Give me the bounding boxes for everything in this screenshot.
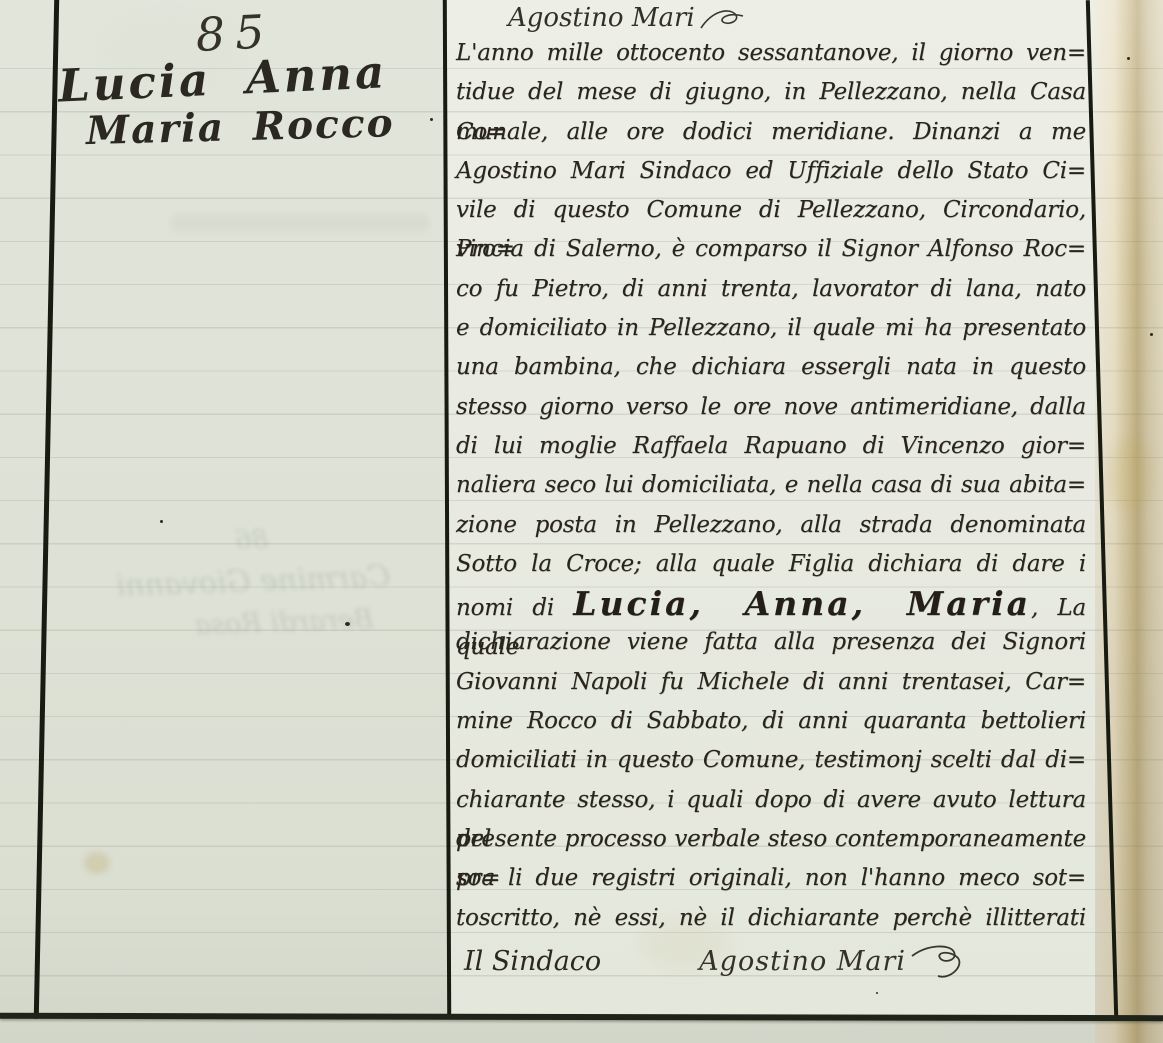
act-line: L'anno mille ottocento sessantanove, il … <box>456 34 1086 73</box>
register-page-scan: 85 Lucia Anna Maria Rocco 86 Carmine Gio… <box>0 0 1163 1043</box>
paper-speck <box>1127 57 1130 60</box>
act-line: zione posta in Pellezzano, alla strada d… <box>456 506 1086 545</box>
act-line: vile di questo Comune di Pellezzano, Cir… <box>456 191 1086 230</box>
act-line-names: nomi di Lucia, Anna, Maria, La quale <box>456 584 1086 623</box>
act-line: di lui moglie Raffaela Rapuano di Vincen… <box>456 427 1086 466</box>
signature-flourish-icon <box>699 8 745 34</box>
bleedthrough-text: 86 Carmine Giovanni Berardi Rosa <box>76 514 430 650</box>
act-line: chiarante stesso, i quali dopo di avere … <box>456 781 1086 820</box>
mayor-title: Il Sindaco <box>464 946 601 977</box>
closing-signature-row: Il Sindaco Agostino Mari <box>456 940 1086 984</box>
act-line: tidue del mese di giugno, in Pellezzano,… <box>456 73 1086 112</box>
act-line: mine Rocco di Sabbato, di anni quaranta … <box>456 702 1086 741</box>
act-line: Sotto la Croce; alla quale Figlia dichia… <box>456 545 1086 584</box>
act-text-column: Agostino Mari L'anno mille ottocento ses… <box>456 0 1086 984</box>
paper-speck <box>876 992 878 994</box>
act-line: dichiarazione viene fatta alla presenza … <box>456 623 1086 662</box>
child-given-names: Lucia, Anna, Maria <box>573 584 1031 623</box>
act-line: domiciliati in questo Comune, testimonj … <box>456 741 1086 780</box>
act-line: una bambina, che dichiara essergli nata … <box>456 348 1086 387</box>
act-line: co fu Pietro, di anni trenta, lavorator … <box>456 270 1086 309</box>
previous-act-signature: Agostino Mari <box>456 0 1086 34</box>
paper-speck <box>160 520 163 523</box>
bleedthrough-smudge <box>170 214 430 232</box>
act-line: presente processo verbale steso contempo… <box>456 820 1086 859</box>
act-line: stesso giorno verso le ore nove antimeri… <box>456 388 1086 427</box>
signature-flourish-icon <box>910 942 964 982</box>
bottom-frame-rule <box>0 1013 1163 1021</box>
act-line: naliera seco lui domiciliata, e nella ca… <box>456 466 1086 505</box>
act-line: pra li due registri originali, non l'han… <box>456 859 1086 898</box>
header-signature-text: Agostino Mari <box>508 3 695 33</box>
paper-speck <box>430 118 433 121</box>
act-line: vincia di Salerno, è comparso il Signor … <box>456 230 1086 269</box>
mayor-signature: Agostino Mari <box>699 946 906 977</box>
paper-speck <box>1150 333 1153 336</box>
act-line: munale, alle ore dodici meridiane. Dinan… <box>456 113 1086 152</box>
margin-name-line-2: Maria Rocco <box>85 100 406 154</box>
names-line-pre: nomi di <box>456 595 554 621</box>
act-line: Giovanni Napoli fu Michele di anni trent… <box>456 663 1086 702</box>
act-line: Agostino Mari Sindaco ed Uffiziale dello… <box>456 152 1086 191</box>
paper-speck <box>345 622 350 626</box>
act-line: toscritto, nè essi, nè il dichiarante pe… <box>456 899 1086 938</box>
act-line: e domiciliato in Pellezzano, il quale mi… <box>456 309 1086 348</box>
